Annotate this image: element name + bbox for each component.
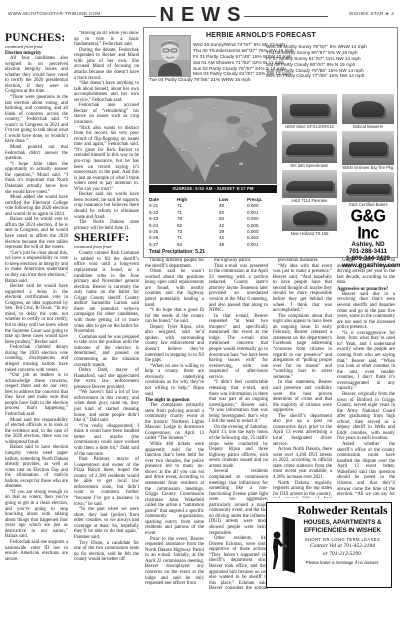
sheriff-col2-text: County coroner Rick Cushman is tabbed to… xyxy=(74,251,139,563)
rohweder-offer-line1: HOUSES, APARTMENTS & xyxy=(296,519,389,526)
paragraph: Beaver, originally from the town of Binf… xyxy=(337,392,395,442)
rohweder-name: Rohweder Rentals xyxy=(296,505,389,518)
total-precipitation: Total Precipitation: 5.21 xyxy=(149,249,205,255)
rohweder-alt-phone: or 701-212-5290. xyxy=(296,551,389,558)
weather-almanac-table: DateHighLowPrecip. 5-2171480.0005-227162… xyxy=(149,197,277,248)
photo-caption: Bobcat Mowers! xyxy=(342,124,394,130)
paragraph: “My idea with that event was just to mak… xyxy=(273,264,332,314)
paragraph: “If you are strong enough to do that as … xyxy=(5,490,68,540)
weather-cell: 48 xyxy=(219,242,247,248)
equipment-photo: NH 260 Speedrower xyxy=(282,131,337,169)
equipment-photo-image xyxy=(342,131,394,165)
paragraph: finding different people for the sheriff… xyxy=(145,258,204,269)
punches-continued-note: continued from front xyxy=(5,44,68,49)
open-door-person-icon xyxy=(269,505,296,585)
column-text: Griggs County had an average of 6.7 drun… xyxy=(337,258,395,286)
column-text: Beaver said due to a revolving door that… xyxy=(337,292,395,498)
map-temp-label: 82 xyxy=(207,146,211,150)
paragraph: Balazs said to have election integrity v… xyxy=(5,445,68,490)
map-temp-label: 54 xyxy=(187,106,191,110)
paragraph: Trey Olson, a candidate for one of the t… xyxy=(74,541,139,563)
paragraph: “She doesn’t have anything to talk about… xyxy=(74,81,139,103)
equipment-photo-grid: NEW Stine GFX14GRX16 NH 260 Speedrower H… xyxy=(282,94,394,270)
punches-headline: PUNCHES: xyxy=(5,32,68,44)
equipment-photo-image xyxy=(342,172,394,202)
photo-wrap-spacer xyxy=(149,42,193,76)
paragraph: The complaints about that night also app… xyxy=(273,314,332,381)
newspaper-page: WWW.MCINTOSHSTAR-TRIBUNE.COM NEWS MAY 29… xyxy=(0,0,400,618)
rohweder-message-note: Please leave a message if no answer. xyxy=(296,560,389,565)
map-temp-label: 78 xyxy=(253,144,257,148)
paragraph: While 460 tickets were apparently sold f… xyxy=(145,442,204,537)
photo-caption: NH 260 Speedrower xyxy=(282,163,337,169)
paragraph: Other residents, like Doreen Eckman, wer… xyxy=(209,536,268,590)
photo-caption: New Holland T8 155 xyxy=(282,231,337,237)
page-number-label: WISHEK STAR ★ 3 xyxy=(349,11,394,17)
equipment-photo-image xyxy=(282,131,337,163)
weather-cell: 5-27 xyxy=(149,242,177,248)
rohweder-offer-line2: EFFICIENCIES IN WISHEK xyxy=(296,527,389,534)
paragraph: Several residents complained at commissi… xyxy=(209,469,268,536)
sheriff-continued-note: continued from front xyxy=(74,244,139,249)
map-temp-label: 73 xyxy=(173,130,177,134)
paragraph: Mund said the responsibility of elected … xyxy=(5,418,68,446)
paragraph: County coroner Rick Cushman is tabbed to… xyxy=(74,251,139,334)
paragraph: “There were questions in the last electi… xyxy=(5,95,68,145)
paragraph: North Dakota regularly registers among t… xyxy=(273,481,332,499)
paragraph: “Our job as leaders is to acknowledge th… xyxy=(5,373,68,418)
header-rule-right xyxy=(244,16,328,17)
forecast-title: HERBIE ARNOLD’S FORECAST xyxy=(186,32,336,39)
paragraph: The complaints primarily stem from polic… xyxy=(145,403,204,442)
forecast-week2: Wed 05 Mostly Sunny 79°/57° 5% WNW 14 mp… xyxy=(266,44,392,79)
photo-caption: H&S 7114 Flexrake xyxy=(282,198,337,204)
photo-caption: NEW Stine GFX14GRX16 xyxy=(282,124,337,130)
weather-forecast-box: HERBIE ARNOLD’S FORECAST Wed 29 Sunny/Wi… xyxy=(143,27,398,258)
weather-row: 5-2764480.001 xyxy=(149,242,277,248)
paragraph: Mund pointed out that Fedorchak didn’t a… xyxy=(5,145,68,162)
punches-sheriff-column-2: “Having an ID while you show up to vote … xyxy=(74,31,139,591)
sheriff-bottom-column-4: Griggs County had an average of 6.7 drun… xyxy=(337,258,395,498)
paragraph: Fedorchak claimed delays during the 2020… xyxy=(5,345,68,373)
section-title: NEWS xyxy=(0,4,400,27)
column-text: The complaints primarily stem from polic… xyxy=(145,403,204,587)
paragraph: Deputy Tyler Ripsa, who also resigned, s… xyxy=(145,325,204,364)
paragraph: Becker said he would have supported a de… xyxy=(5,284,68,345)
weather-map: 585461667073717475858280789088 xyxy=(149,96,277,184)
paragraph: “When no one is willing to help a county… xyxy=(145,364,204,397)
paragraph: Beaver said due to a revolving door that… xyxy=(337,292,395,331)
sheriff-bottom-column-3: prevention measures.“My idea with that e… xyxy=(273,258,332,498)
photo-column-right: Bobcat Mowers! 605N Vermeer Big Tire Pkg… xyxy=(342,94,394,270)
paragraph: Paul Paintner, mayor of Cooperstown and … xyxy=(74,457,139,507)
paragraph: Griggs County had an average of 6.7 drun… xyxy=(337,258,395,286)
paragraph: “In the past when we were short, they ha… xyxy=(74,507,139,540)
map-temp-label: 58 xyxy=(163,112,167,116)
paragraph: “I do hope that a good fit for the needs… xyxy=(145,308,204,325)
paragraph: Becker said his words have been twisted;… xyxy=(74,192,139,220)
equipment-photo: New Holland T8 155 xyxy=(282,205,337,237)
equipment-photo-image xyxy=(282,94,337,124)
gg-inc-phone: 701-288-3411 xyxy=(342,248,394,255)
weather-table-rows: 5-2171480.0005-2271620.0015-2378500.0905… xyxy=(149,203,277,248)
paragraph: During the debate, Fedorchak responded t… xyxy=(74,48,139,81)
rohweder-rentals-ad: Rohweder Rentals HOUSES, APARTMENTS & EF… xyxy=(266,502,392,588)
sheriff-bottom-column-1: finding different people for the sheriff… xyxy=(145,258,204,590)
paragraph: “Rick also wants to distract from his re… xyxy=(74,126,139,193)
punches-col1-text: All four candidates also weighed in on p… xyxy=(5,56,68,562)
paragraph: Olson said he wasn’t worried about the p… xyxy=(145,269,204,308)
sheriff-bottom-column-2: the highway patrol.That e-mail was prese… xyxy=(209,258,268,590)
paragraph: Debra Dahl, mayor of Hannaford, said she… xyxy=(74,368,139,390)
equipment-photo: NEW Stine GFX14GRX16 xyxy=(282,94,337,130)
paragraph: Balazs said he would vote to affirm the … xyxy=(5,217,68,250)
paragraph: In that e-mail, Beaver requested “at lea… xyxy=(209,314,268,381)
equipment-photo-image xyxy=(282,205,337,231)
paragraph: “I hope Julie takes the opportunity to a… xyxy=(5,162,68,195)
equipment-photo: 605N Vermeer Big Tire Pkg xyxy=(342,131,394,171)
map-temp-label: 71 xyxy=(197,128,201,132)
equipment-photo: H&S 7114 Flexrake xyxy=(282,170,337,204)
equipment-photo-image xyxy=(282,170,337,198)
map-temp-label: 70 xyxy=(259,118,263,122)
forecast-line: Mon 10 Partly Cloudy 77°/58° 15% NW 14 m… xyxy=(266,73,392,79)
map-temp-label: 61 xyxy=(213,106,217,110)
paragraph: Fedorchak also accused Becker of “remode… xyxy=(74,103,139,125)
sunrise-sunset-bar: SUNRISE: 5:52 AM - SUNSET 9:17 PM xyxy=(149,185,277,193)
paragraph: “Is it overaggressive for here, from wha… xyxy=(337,331,395,392)
paragraph: Cushman said he was prepared to take ove… xyxy=(74,335,139,368)
header-rule-left xyxy=(84,16,156,17)
paragraph: “I didn’t feel comfortable releasing tha… xyxy=(209,380,268,425)
map-temp-label: 80 xyxy=(231,146,235,150)
paragraph: Fedorchak said she supports a nationwide… xyxy=(5,540,68,562)
paragraph: In that statement, Beaver said presence … xyxy=(273,380,332,413)
paragraph: That e-mail was presented to the commiss… xyxy=(209,264,268,314)
column-text: prevention measures.“My idea with that e… xyxy=(273,258,332,498)
door-icon-graphic xyxy=(270,513,296,577)
equipment-photo: Bobcat Mowers! xyxy=(342,94,394,130)
sheriff-headline: SHERIFF: xyxy=(74,232,139,244)
column-text: the highway patrol.That e-mail was prese… xyxy=(209,258,268,590)
map-temp-label: 74 xyxy=(221,126,225,130)
equipment-photo-image xyxy=(342,94,394,124)
paragraph: “Having an ID while you show up to vote … xyxy=(74,31,139,48)
paragraph: Across North Dakota, there were over 4,2… xyxy=(273,447,332,480)
weather-cell: 0.001 xyxy=(247,242,277,248)
map-temp-label: 85 xyxy=(181,148,185,152)
rohweder-ad-text: Rohweder Rentals HOUSES, APARTMENTS & EF… xyxy=(296,505,389,585)
rohweder-contact-phone: Contact Val at 701-452-2184 xyxy=(296,543,389,550)
gg-inc-name: G&G Inc xyxy=(342,208,394,242)
map-temp-label: 88 xyxy=(239,162,243,166)
punches-col2-text: “Having an ID while you show up to vote … xyxy=(74,31,139,231)
paragraph: Prior to the event, Beaver requested ass… xyxy=(145,537,204,587)
map-temp-label: 75 xyxy=(245,130,249,134)
paragraph: “We haven’t had a lot of law enforcement… xyxy=(74,390,139,423)
rohweder-lease-terms: SHORT OR LONG TERM LEASES xyxy=(296,537,389,542)
paragraph: All four candidates also weighed in on p… xyxy=(5,56,68,95)
photo-column-left: NEW Stine GFX14GRX16 NH 260 Speedrower H… xyxy=(282,94,337,270)
paragraph: The North Dakota state primary will be h… xyxy=(74,220,139,231)
paragraph: “Let’s just be clear about this, we have… xyxy=(5,251,68,284)
map-temp-label: 90 xyxy=(215,164,219,168)
paragraph: Mund added she would have certified the … xyxy=(5,195,68,217)
paragraph: The sheriff’s department also put up a p… xyxy=(273,414,332,447)
paragraph: Asked whether the sheriff’s office or th… xyxy=(337,442,395,498)
paragraph: “I’m really disappointed; I think it cou… xyxy=(74,424,139,457)
punches-article-column-1: PUNCHES: continued from front Election i… xyxy=(5,31,68,591)
map-temp-label: 66 xyxy=(239,110,243,114)
paragraph: On the evening of Saturday, April 13, in… xyxy=(209,425,268,470)
column-text: finding different people for the sheriff… xyxy=(145,258,204,397)
weather-cell: 64 xyxy=(177,242,219,248)
photo-caption: 605N Vermeer Big Tire Pkg xyxy=(342,165,394,171)
equipment-photo: G&G Certified Balers xyxy=(342,172,394,208)
